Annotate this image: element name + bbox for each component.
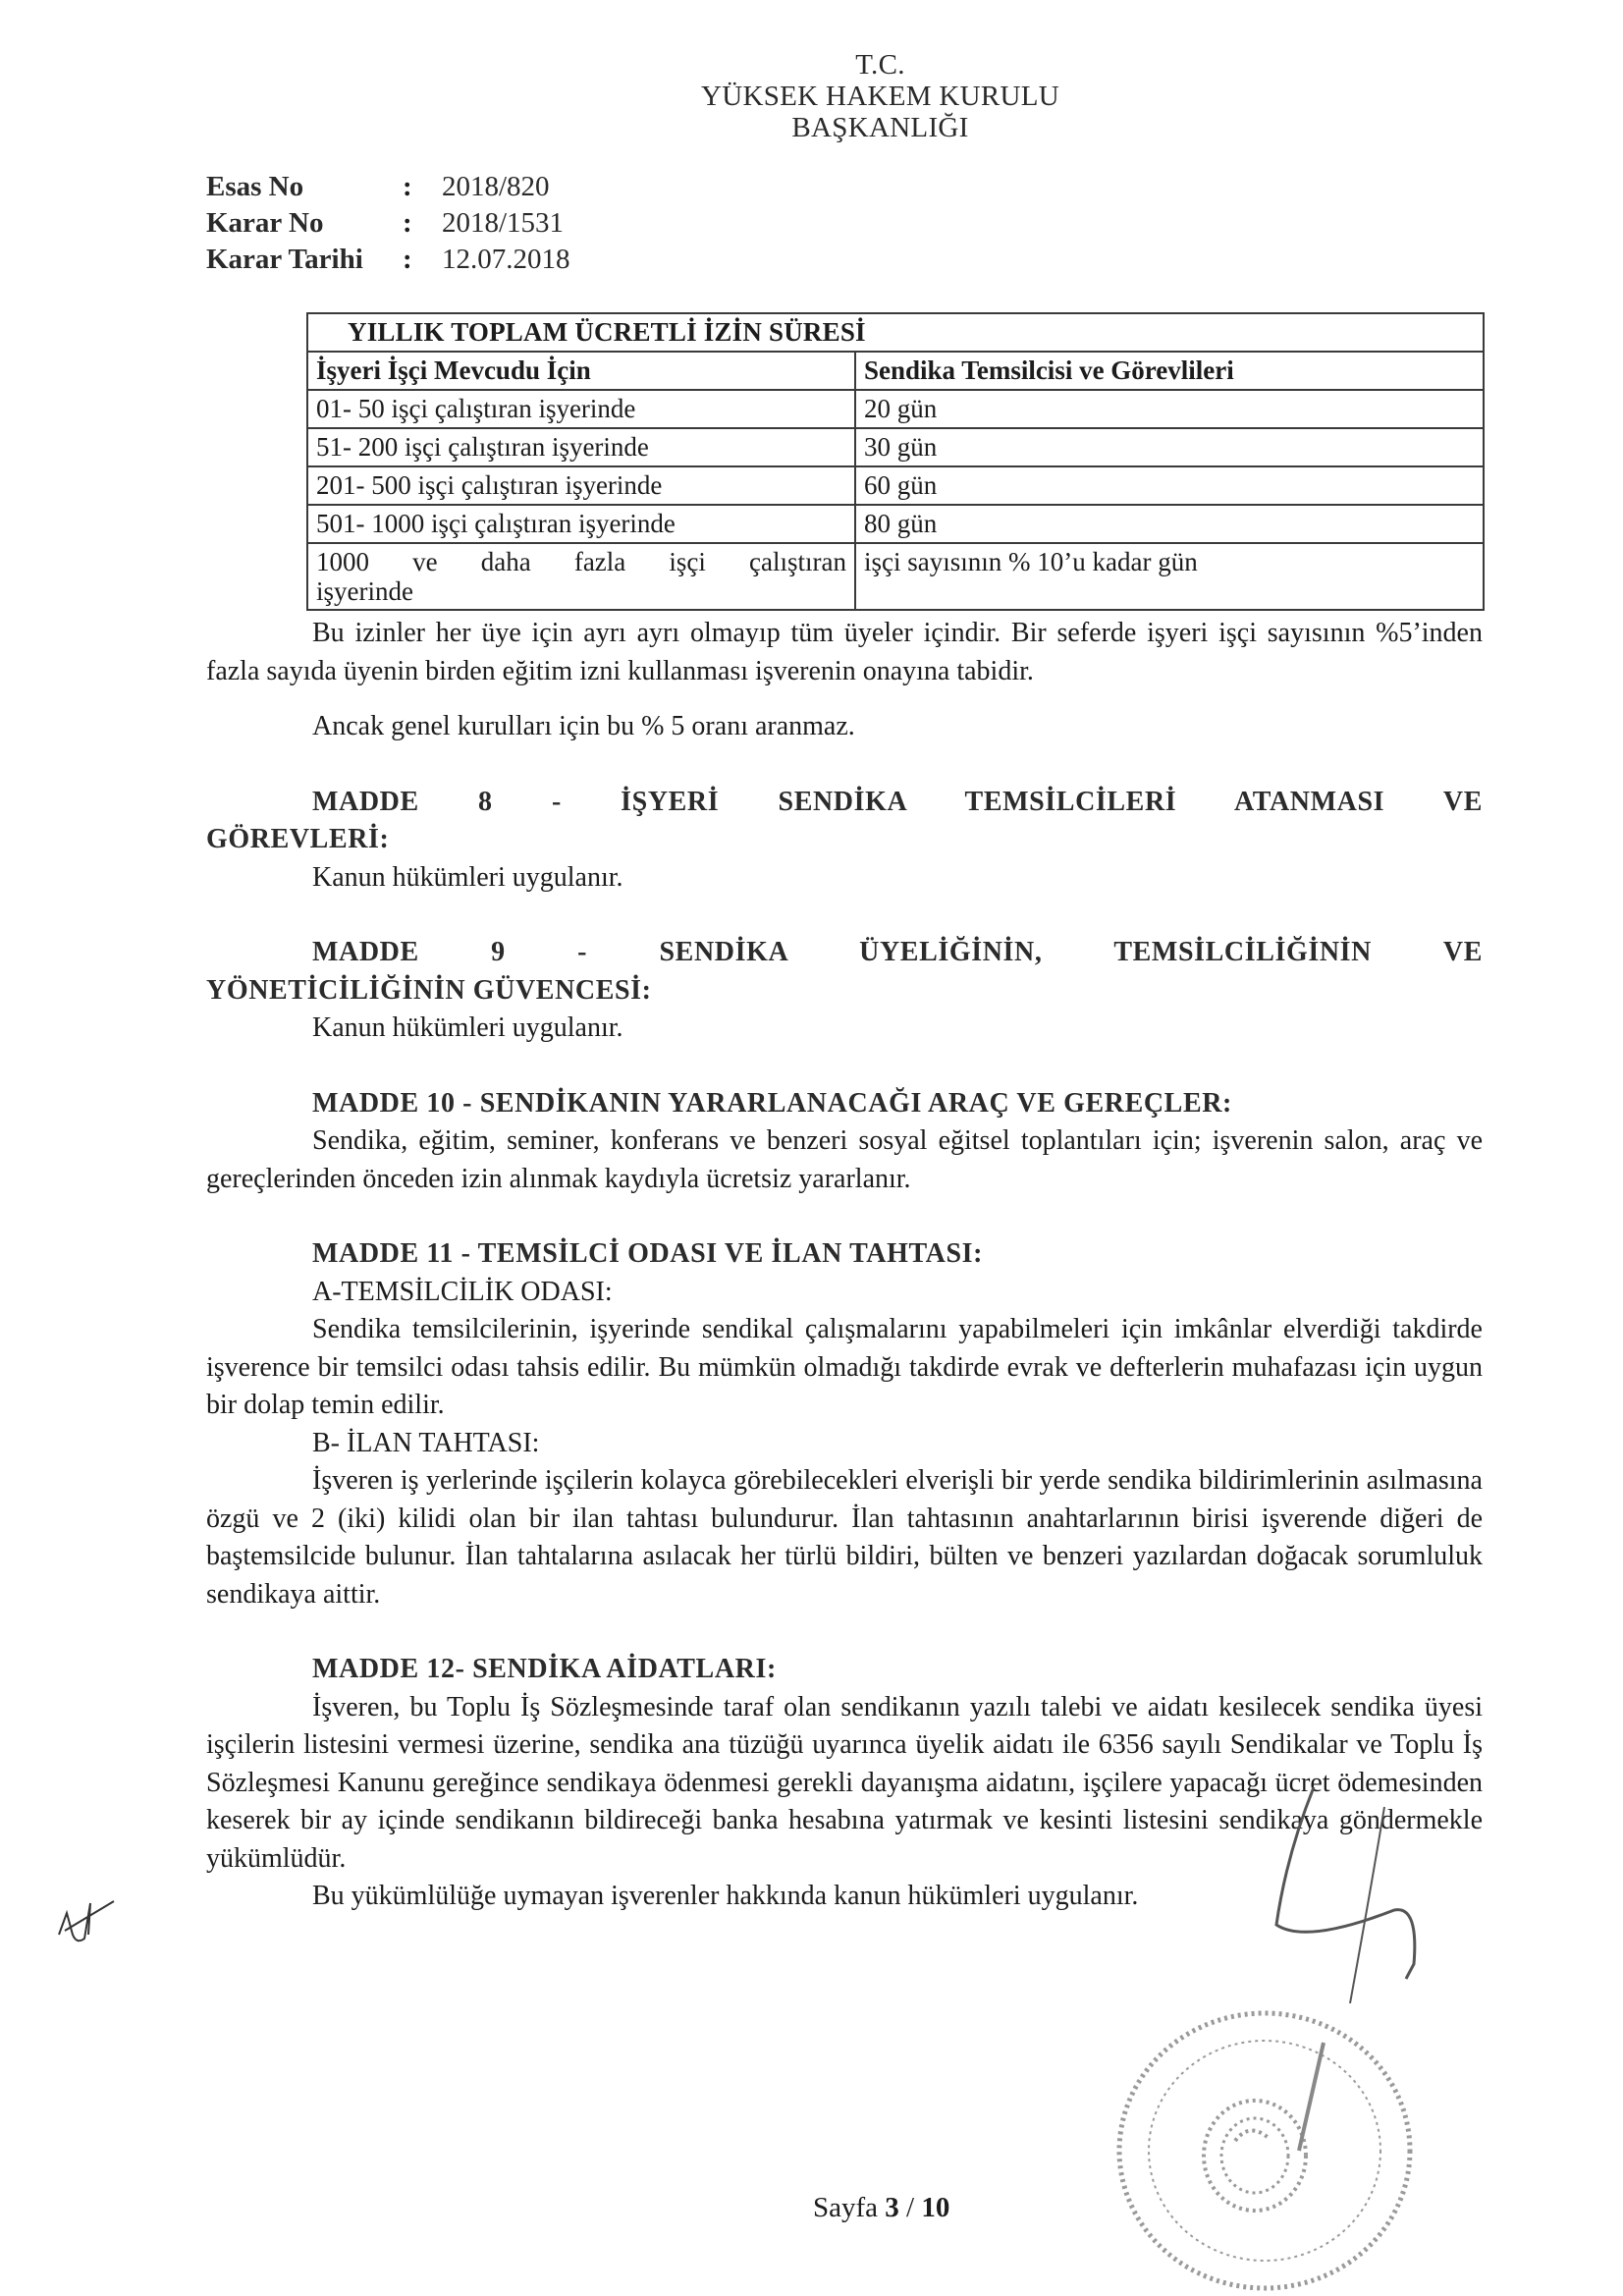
table-row: 501- 1000 işçi çalıştıran işyerinde 80 g… <box>307 505 1484 543</box>
paragraph: Bu izinler her üye için ayrı ayrı olmayı… <box>206 615 1483 690</box>
table-title: YILLIK TOPLAM ÜCRETLİ İZİN SÜRESİ <box>307 313 1484 352</box>
official-seal-stamp-icon <box>1108 1994 1422 2296</box>
table-cell: 201- 500 işçi çalıştıran işyerinde <box>307 466 855 505</box>
meta-colon: : <box>403 205 442 242</box>
article-9-title-cont: YÖNETİCİLİĞİNİN GÜVENCESİ: <box>206 972 1483 1011</box>
annual-leave-table: YILLIK TOPLAM ÜCRETLİ İZİN SÜRESİ İşyeri… <box>306 312 1485 611</box>
table-header-row: İşyeri İşçi Mevcudu İçin Sendika Temsilc… <box>307 352 1484 390</box>
table-cell: işçi sayısının % 10’u kadar gün <box>855 543 1484 610</box>
table-cell: 1000 ve daha fazla işçi çalıştıran işyer… <box>307 543 855 610</box>
article-11-body-a: Sendika temsilcilerinin, işyerinde sendi… <box>206 1311 1483 1425</box>
table-cell: 501- 1000 işçi çalıştıran işyerinde <box>307 505 855 543</box>
article-8-title: MADDE 8 - İŞYERİ SENDİKA TEMSİLCİLERİ AT… <box>206 784 1483 822</box>
column-header: Sendika Temsilcisi ve Görevlileri <box>855 352 1484 390</box>
meta-colon: : <box>403 242 442 278</box>
article-11-sub-b: B- İLAN TAHTASI: <box>206 1425 1483 1463</box>
page-total: 10 <box>921 2192 949 2223</box>
article-10-body: Sendika, eğitim, seminer, konferans ve b… <box>206 1122 1483 1198</box>
table-cell: 01- 50 işçi çalıştıran işyerinde <box>307 390 855 428</box>
paragraph: Ancak genel kurulları için bu % 5 oranı … <box>206 708 1483 746</box>
heading-institution: YÜKSEK HAKEM KURULU <box>137 81 1623 112</box>
page-separator: / <box>906 2192 914 2223</box>
article-9-body: Kanun hükümleri uygulanır. <box>206 1010 1483 1048</box>
initials-signature-icon <box>47 1895 126 1954</box>
table-row: 51- 200 işçi çalıştıran işyerinde 30 gün <box>307 428 1484 466</box>
meta-value: 12.07.2018 <box>442 242 570 278</box>
column-header: İşyeri İşçi Mevcudu İçin <box>307 352 855 390</box>
case-meta: Esas No : 2018/820 Karar No : 2018/1531 … <box>206 169 570 278</box>
meta-value: 2018/1531 <box>442 205 564 242</box>
page-label: Sayfa <box>813 2192 878 2223</box>
table-cell: 60 gün <box>855 466 1484 505</box>
meta-value: 2018/820 <box>442 169 550 205</box>
document-heading: T.C. YÜKSEK HAKEM KURULU BAŞKANLIĞI <box>0 49 1623 143</box>
table-cell: 80 gün <box>855 505 1484 543</box>
article-8-body: Kanun hükümleri uygulanır. <box>206 859 1483 898</box>
article-12-title: MADDE 12- SENDİKA AİDATLARI: <box>206 1651 1483 1689</box>
table-cell: 30 gün <box>855 428 1484 466</box>
article-9-title: MADDE 9 - SENDİKA ÜYELİĞİNİN, TEMSİLCİLİ… <box>206 934 1483 972</box>
heading-presidency: BAŞKANLIĞI <box>137 112 1623 143</box>
table-cell: 20 gün <box>855 390 1484 428</box>
meta-label: Esas No <box>206 169 403 205</box>
page-current: 3 <box>885 2192 899 2223</box>
article-11-sub-a: A-TEMSİLCİLİK ODASI: <box>206 1274 1483 1312</box>
meta-label: Karar Tarihi <box>206 242 403 278</box>
meta-label: Karar No <box>206 205 403 242</box>
meta-colon: : <box>403 169 442 205</box>
meta-karar-tarihi: Karar Tarihi : 12.07.2018 <box>206 242 570 278</box>
cell-line: işyerinde <box>316 576 846 606</box>
article-10-title: MADDE 10 - SENDİKANIN YARARLANACAĞI ARAÇ… <box>206 1085 1483 1123</box>
table-cell: 51- 200 işçi çalıştıran işyerinde <box>307 428 855 466</box>
page-number: Sayfa 3 / 10 <box>813 2192 949 2224</box>
table-row: 1000 ve daha fazla işçi çalıştıran işyer… <box>307 543 1484 610</box>
article-8-title-cont: GÖREVLERİ: <box>206 821 1483 859</box>
meta-esas-no: Esas No : 2018/820 <box>206 169 570 205</box>
table-row: 201- 500 işçi çalıştıran işyerinde 60 gü… <box>307 466 1484 505</box>
meta-karar-no: Karar No : 2018/1531 <box>206 205 570 242</box>
article-11-body-b: İşveren iş yerlerinde işçilerin kolayca … <box>206 1462 1483 1613</box>
cell-line: 1000 ve daha fazla işçi çalıştıran <box>316 547 846 576</box>
table-title-row: YILLIK TOPLAM ÜCRETLİ İZİN SÜRESİ <box>307 313 1484 352</box>
document-body: Bu izinler her üye için ayrı ayrı olmayı… <box>206 615 1483 1916</box>
handwritten-signature-icon <box>1247 1777 1443 2013</box>
article-11-title: MADDE 11 - TEMSİLCİ ODASI VE İLAN TAHTAS… <box>206 1235 1483 1274</box>
heading-tc: T.C. <box>137 49 1623 81</box>
table-row: 01- 50 işçi çalıştıran işyerinde 20 gün <box>307 390 1484 428</box>
